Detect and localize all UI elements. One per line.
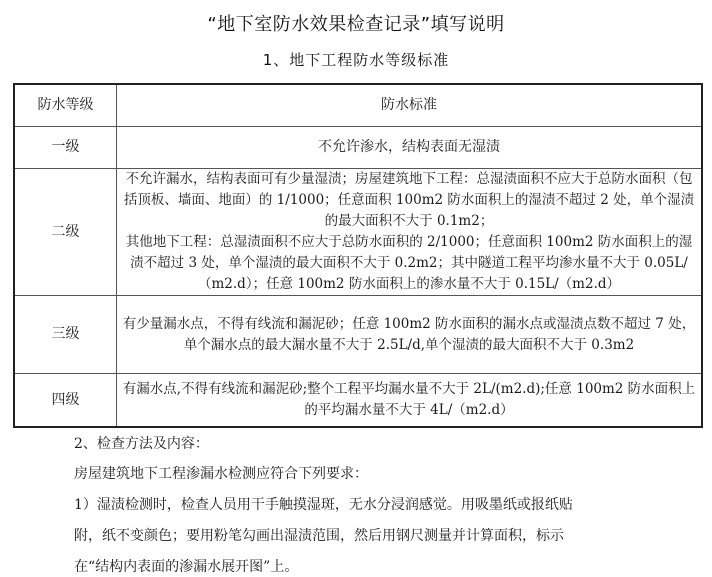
grade-cell: 三级: [14, 296, 117, 374]
grade-cell: 四级: [14, 374, 117, 428]
standard-cell: 有漏水点,不得有线流和漏泥砂;整个工程平均漏水量不大于 2L/(m2.d);任意…: [117, 374, 703, 428]
standard-cell: 有少量漏水点，不得有线流和漏泥砂；任意 100m2 防水面积的漏水点或湿渍点数不…: [117, 296, 703, 374]
table-row: 三级 有少量漏水点，不得有线流和漏泥砂；任意 100m2 防水面积的漏水点或湿渍…: [14, 296, 702, 374]
standard-paragraph: 不允许漏水，结构表面可有少量湿渍；房屋建筑地下工程：总湿渍面积不应大于总防水面积…: [121, 169, 697, 232]
section2-heading: 2、检查方法及内容：: [74, 433, 209, 453]
section2-item1-line2: 附，纸不变颜色；要用粉笔勾画出湿渍范围，然后用钢尺测量并计算面积，标示: [74, 525, 564, 545]
document-title: “地下室防水效果检查记录”填写说明: [0, 10, 712, 36]
standard-cell: 不允许渗水，结构表面无湿渍: [117, 127, 703, 169]
section2-intro: 房屋建筑地下工程渗漏水检测应符合下列要求：: [74, 463, 368, 483]
header-standard: 防水标准: [117, 84, 703, 127]
section2-item1-line1: 1）湿渍检测时，检查人员用干手触摸湿斑，无水分浸润感觉。用吸墨纸或报纸贴: [74, 494, 573, 514]
table-row: 一级 不允许渗水，结构表面无湿渍: [14, 127, 702, 169]
grade-cell: 一级: [14, 127, 117, 169]
header-grade: 防水等级: [14, 84, 117, 127]
section2-item1-line3: 在“结构内表面的渗漏水展开图”上。: [74, 556, 298, 576]
standard-paragraph: 其他地下工程：总湿渍面积不应大于总防水面积的 2/1000；任意面积 100m2…: [121, 232, 697, 295]
table-row: 二级 不允许漏水，结构表面可有少量湿渍；房屋建筑地下工程：总湿渍面积不应大于总防…: [14, 169, 702, 296]
table-row: 四级 有漏水点,不得有线流和漏泥砂;整个工程平均漏水量不大于 2L/(m2.d)…: [14, 374, 702, 428]
grade-cell: 二级: [14, 169, 117, 296]
table-header-row: 防水等级 防水标准: [14, 84, 702, 127]
waterproof-grade-table: 防水等级 防水标准 一级 不允许渗水，结构表面无湿渍 二级 不允许漏水，结构表面…: [13, 83, 703, 428]
section1-heading: 1、地下工程防水等级标准: [0, 49, 712, 70]
standard-cell: 不允许漏水，结构表面可有少量湿渍；房屋建筑地下工程：总湿渍面积不应大于总防水面积…: [117, 169, 703, 296]
